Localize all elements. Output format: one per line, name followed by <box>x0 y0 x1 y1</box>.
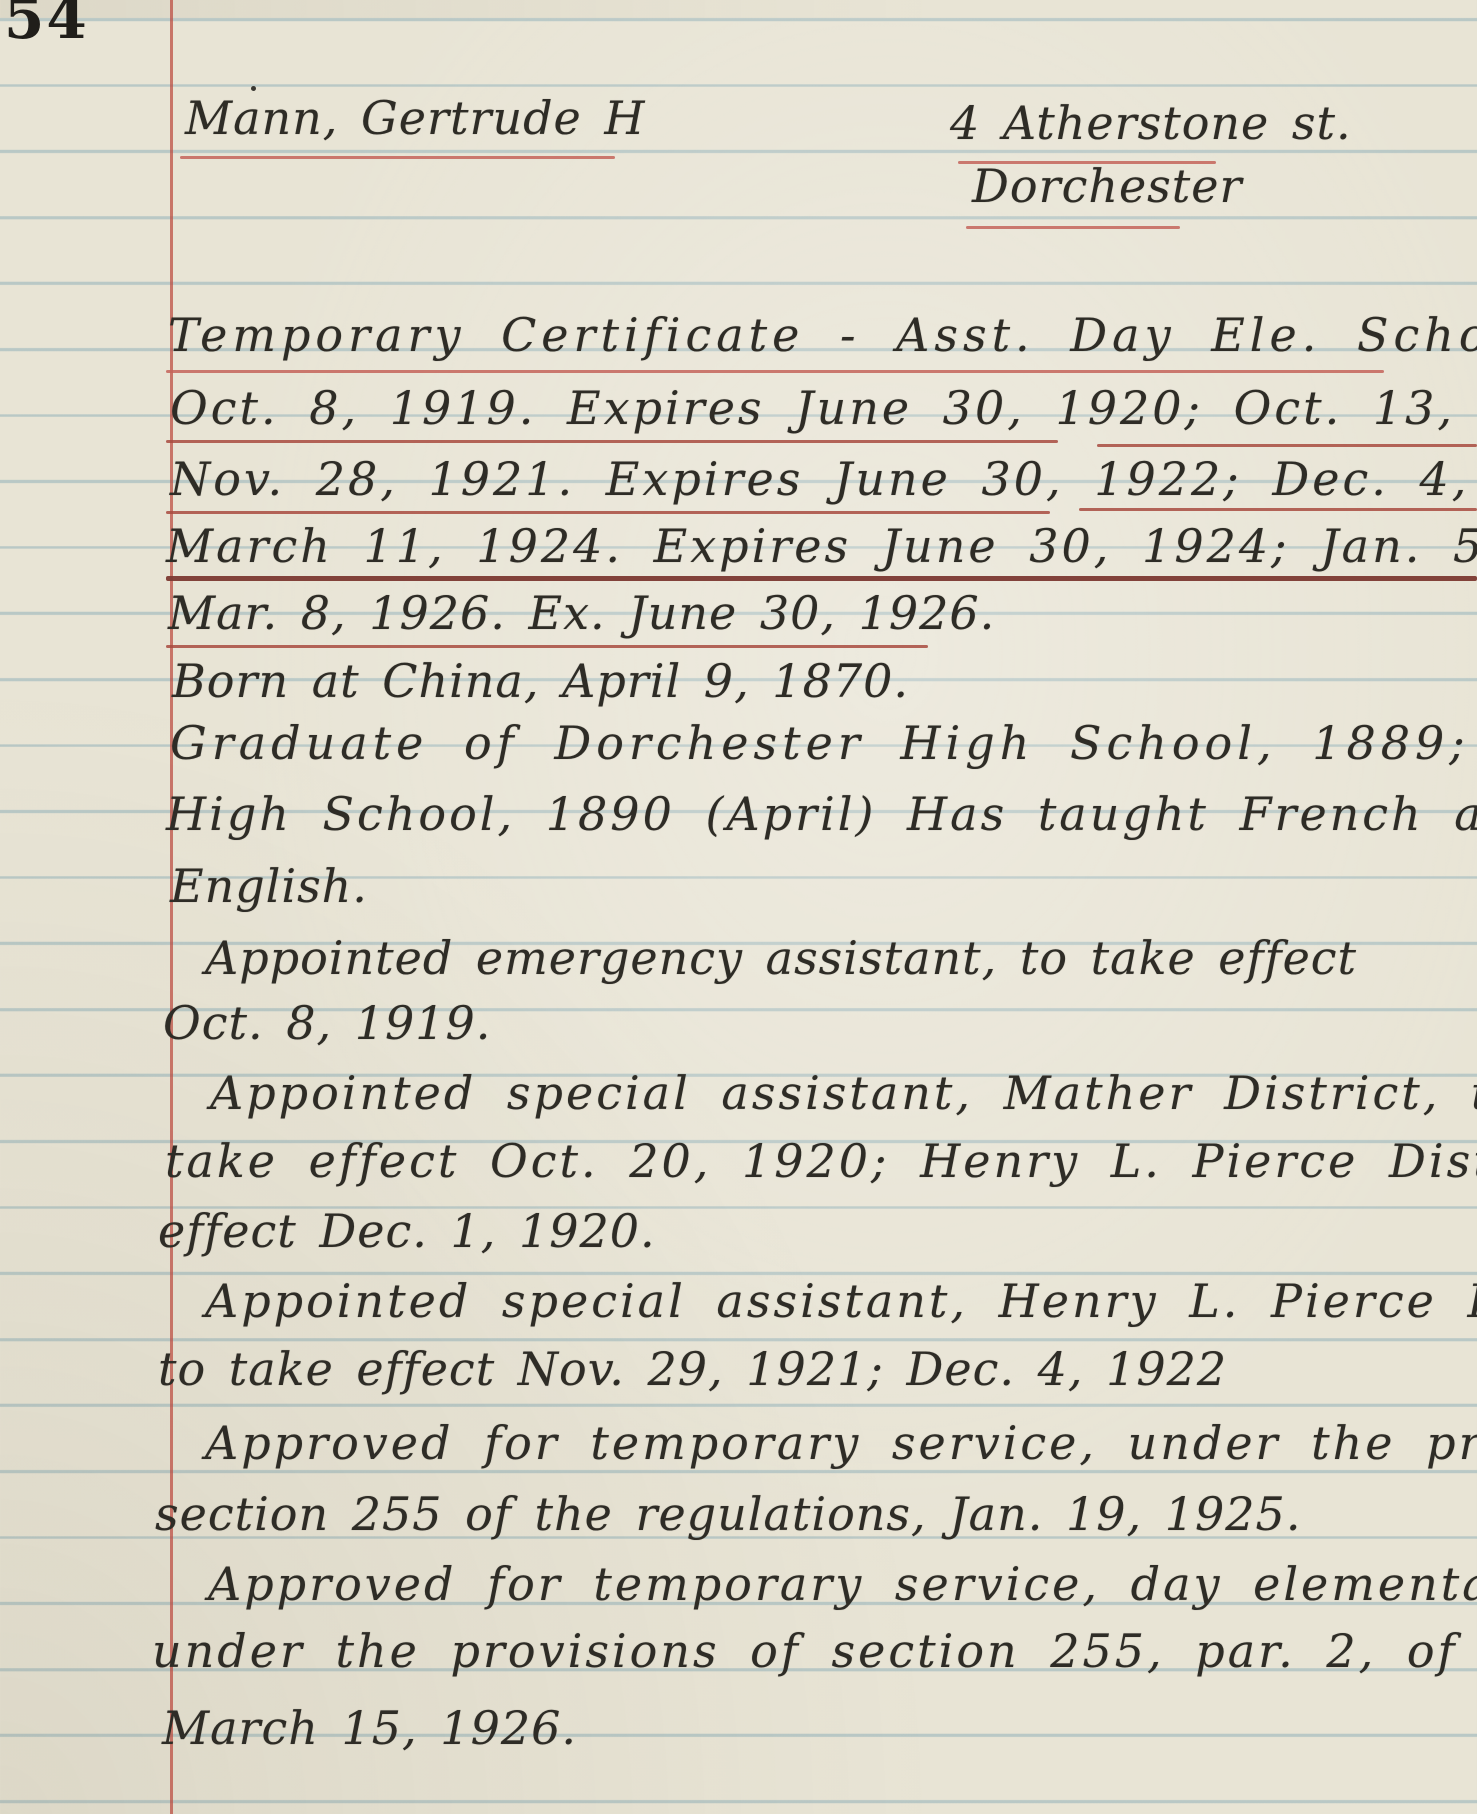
approved-temporary-1-line-1: Approved for temporary service, under th… <box>205 1420 1477 1466</box>
red-underline <box>166 576 1477 581</box>
graduate-line-2: High School, 1890 (April) Has taught Fre… <box>166 791 1477 837</box>
certificate-line-4: Mar. 8, 1926. Ex. June 30, 1926. <box>168 590 995 636</box>
red-underline <box>166 511 1050 514</box>
approved-temporary-1-line-2: section 255 of the regulations, Jan. 19,… <box>155 1491 1301 1537</box>
graduate-line-1: Graduate of Dorchester High School, 1889… <box>170 720 1477 766</box>
red-underline <box>1097 444 1477 447</box>
ledger-page: 54 Mann, Gertrude H 4 Atherstone st. Dor… <box>0 0 1477 1814</box>
appointed-special-2-line-2: to take effect Nov. 29, 1921; Dec. 4, 19… <box>158 1346 1227 1392</box>
red-underline <box>1079 508 1477 511</box>
red-underline <box>166 645 928 648</box>
approved-temporary-2-line-1: Approved for temporary service, day elem… <box>208 1561 1477 1607</box>
appointed-emergency-line-2: Oct. 8, 1919. <box>163 1000 491 1046</box>
certificate-line-2: Nov. 28, 1921. Expires June 30, 1922; De… <box>170 456 1477 502</box>
certificate-line-3: March 11, 1924. Expires June 30, 1924; J… <box>166 523 1477 569</box>
appointed-special-1-line-3: effect Dec. 1, 1920. <box>158 1208 656 1254</box>
address-line-1: 4 Atherstone st. <box>950 100 1352 146</box>
red-underline <box>166 440 1058 443</box>
record-name: Mann, Gertrude H <box>185 95 646 141</box>
graduate-line-3: English. <box>170 863 368 909</box>
appointed-special-1-line-2: take effect Oct. 20, 1920; Henry L. Pier… <box>165 1138 1477 1184</box>
red-underline <box>166 370 1384 373</box>
appointed-special-2-line-1: Appointed special assistant, Henry L. Pi… <box>205 1278 1477 1324</box>
red-underline <box>180 156 615 159</box>
approved-temporary-2-line-2: under the provisions of section 255, par… <box>152 1628 1477 1674</box>
address-line-2: Dorchester <box>972 163 1242 209</box>
certificate-heading: Temporary Certificate - Asst. Day Ele. S… <box>168 312 1477 358</box>
certificate-line-1: Oct. 8, 1919. Expires June 30, 1920; Oct… <box>170 385 1477 431</box>
appointed-special-1-line-1: Appointed special assistant, Mather Dist… <box>210 1070 1477 1116</box>
red-underline <box>966 226 1180 229</box>
appointed-emergency-line-1: Appointed emergency assistant, to take e… <box>205 935 1357 981</box>
approved-temporary-2-line-3: March 15, 1926. <box>162 1705 577 1751</box>
page-number: 54 <box>4 0 89 52</box>
born-line: Born at China, April 9, 1870. <box>172 658 909 704</box>
